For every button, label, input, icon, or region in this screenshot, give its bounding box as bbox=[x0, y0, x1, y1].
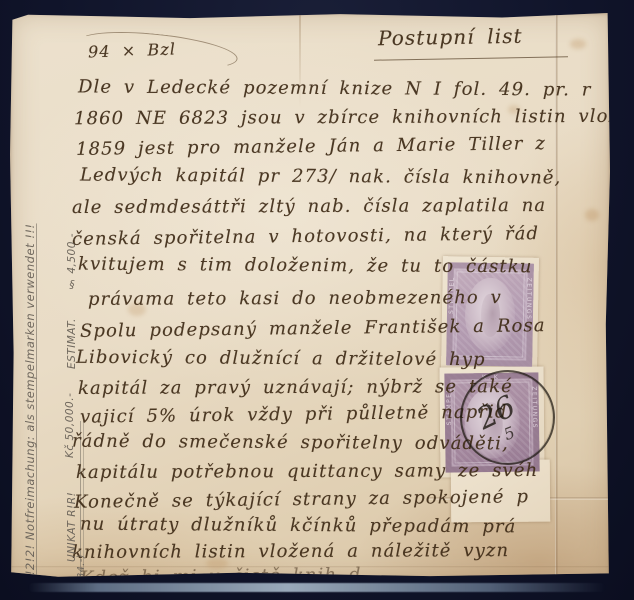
body-line: Ledvých kapitál pr 273/ nak. čísla kniho… bbox=[80, 165, 562, 189]
body-line: kapitál za pravý uznávají; nýbrž se také bbox=[78, 376, 513, 399]
body-line: 1860 NE 6823 jsou v zbírce knihovních li… bbox=[74, 106, 610, 129]
body-line: knihovních listin vložená a náležitě vyz… bbox=[72, 540, 509, 563]
body-line: Dle v Ledecké pozemní knize N I fol. 49.… bbox=[78, 76, 592, 100]
body-line: 1859 jest pro manžele Ján a Marie Tiller… bbox=[76, 133, 546, 160]
body-line: nu útraty dlužníků kčínků přepadám prá bbox=[80, 514, 517, 538]
body-line: ale sedmdesáttři zltý nab. čísla zaplati… bbox=[72, 195, 546, 218]
foxing-spot bbox=[585, 209, 599, 221]
stamp-right-label: ZEITUNGS bbox=[525, 278, 533, 321]
body-line: čenská spořitelna v hotovosti, na který … bbox=[72, 223, 539, 250]
title-underline bbox=[374, 56, 568, 60]
document-title: Postupní list bbox=[378, 24, 523, 51]
glass-reflection-streak bbox=[28, 583, 606, 592]
body-line: Libovický co dlužnící a držitelové hyp bbox=[76, 347, 486, 371]
margin-note-german: 2!2!2! Notfreimachung: als stempelmarken… bbox=[23, 91, 37, 579]
body-line: právama teto kasi do neobmezeného v bbox=[88, 287, 502, 310]
margin-note-value-kc: Kč 50,000.- bbox=[64, 360, 76, 458]
docket-number: 94 × Bzl bbox=[88, 39, 177, 61]
document-paper: K.K STEMPEL ZEITUNGS K.K STEMPEL ZEITUNG… bbox=[10, 13, 610, 579]
margin-note-estimat: ESTIMAT. bbox=[66, 277, 78, 369]
body-line: kapitálu potřebnou quittancy samy ze své… bbox=[76, 460, 538, 483]
foxing-spot bbox=[570, 39, 586, 49]
margin-note-small: (34.-) bbox=[76, 545, 87, 579]
body-line: řádně do smečenské spořitelny odváděti, bbox=[72, 431, 509, 455]
body-line: kvitujem s tim doloženim, že tu to částk… bbox=[78, 254, 533, 278]
postmark-month: 5 bbox=[501, 423, 518, 444]
